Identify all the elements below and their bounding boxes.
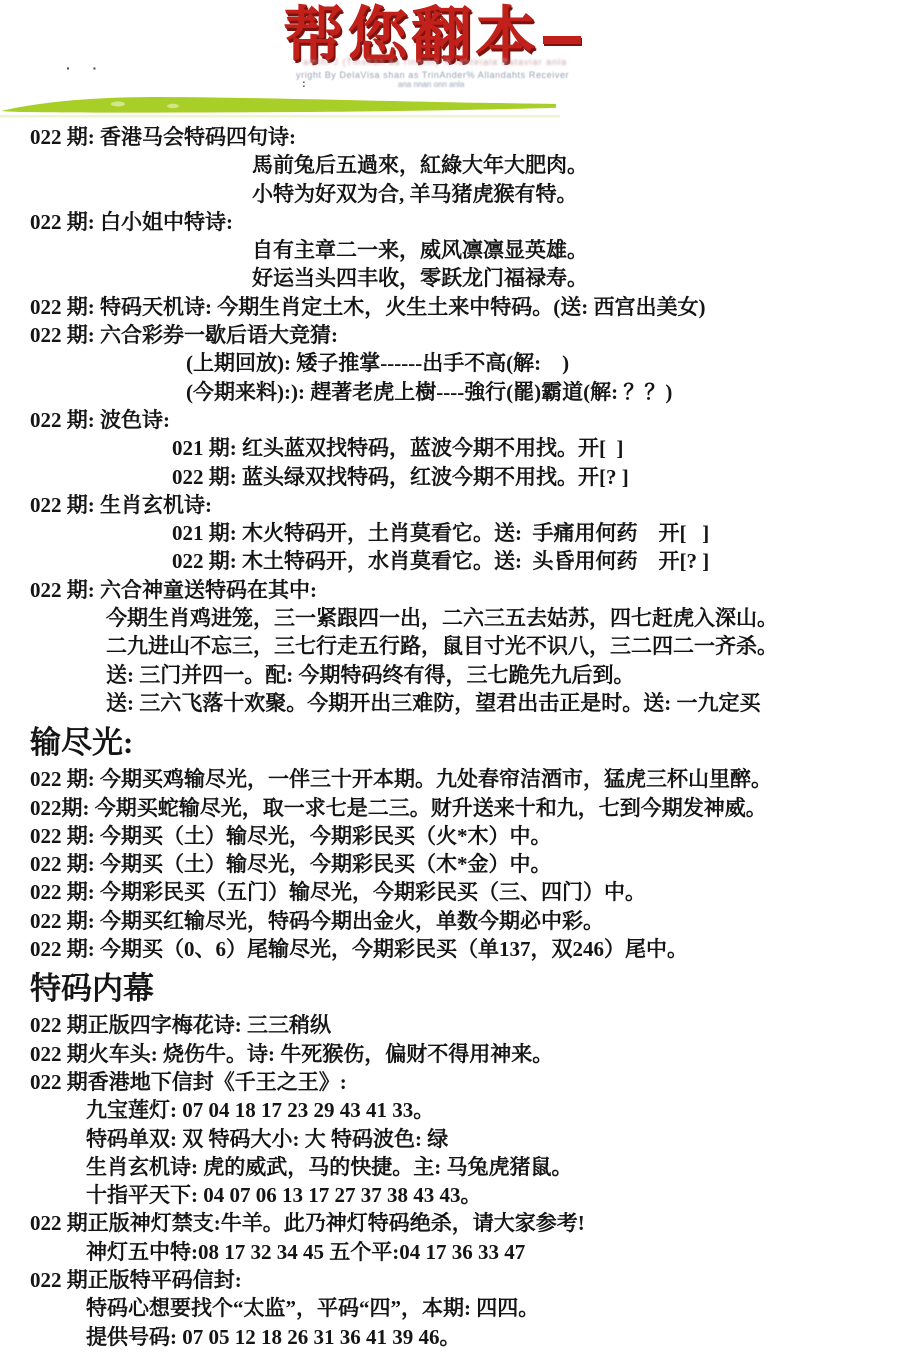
text-line: 十指平天下: 04 07 06 13 17 27 37 38 43 43。 bbox=[0, 1181, 916, 1209]
text-line: 今期生肖鸡进笼，三一紧跟四一出，二六三五去姑苏，四七赶虎入深山。 bbox=[0, 604, 916, 632]
text-line: 特码单双: 双 特码大小: 大 特码波色: 绿 bbox=[0, 1125, 916, 1153]
text-line: 022 期: 特码天机诗: 今期生肖定土木，火生土来中特码。(送: 西宫出美女) bbox=[0, 293, 916, 321]
text-line: 自有主章二一来，威风凛凛显英雄。 bbox=[0, 236, 916, 264]
text-line: 022 期: 白小姐中特诗: bbox=[0, 208, 916, 236]
section-heading: 输尽光: bbox=[0, 723, 916, 763]
corner-dots: · · bbox=[66, 60, 106, 76]
swoosh-leaf-shape bbox=[1, 97, 556, 113]
text-line: 022 期: 生肖玄机诗: bbox=[0, 491, 916, 519]
text-line: 022 期: 木土特码开，水肖莫看它。送: 头昏用何药 开[? ] bbox=[0, 547, 916, 575]
text-line: 送: 三门并四一。配: 今期特码终有得，三七跪先九后到。 bbox=[0, 661, 916, 689]
text-line: 神灯五中特:08 17 32 34 45 五个平:04 17 36 33 47 bbox=[0, 1238, 916, 1266]
swoosh-highlight-dot-2 bbox=[167, 104, 179, 108]
text-line: 022 期正版特平码信封: bbox=[0, 1266, 916, 1294]
text-line: 022 期: 六合神童送特码在其中: bbox=[0, 576, 916, 604]
lottery-tip-sheet-page: { "colors": { "title_red": "#c2201a", "t… bbox=[0, 0, 916, 1360]
section-heading: 特码内幕 bbox=[0, 969, 916, 1009]
text-line: 特码心想要找个“太监”，平码“四”，本期: 四四。 bbox=[0, 1294, 916, 1322]
text-line: 021 期: 木火特码开，土肖莫看它。送: 手痛用何药 开[ ] bbox=[0, 519, 916, 547]
page-title: 帮您翻本 bbox=[283, 2, 581, 72]
text-line: 022 期正版四字梅花诗: 三三稍纵 bbox=[0, 1011, 916, 1039]
text-line: 好运当头四丰收，零跃龙门福禄寿。 bbox=[0, 264, 916, 292]
page-header: · · 帮您翻本 amthi J (Tmshan aa rinnthi) % i… bbox=[0, 0, 916, 120]
text-line: 二九进山不忘三，三七行走五行路，鼠目寸光不识八，三二四二一齐杀。 bbox=[0, 632, 916, 660]
text-line: 022 期火车头: 烧伤牛。诗: 牛死猴伤，偏财不得用神来。 bbox=[0, 1040, 916, 1068]
text-line: 小特为好双为合, 羊马猪虎猴有特。 bbox=[0, 180, 916, 208]
tip-sheet-body: 022 期: 香港马会特码四句诗:馬前兔后五過來，紅綠大年大肥肉。小特为好双为合… bbox=[0, 120, 916, 1351]
text-line: 022 期香港地下信封《千王之王》: bbox=[0, 1068, 916, 1096]
text-line: 022 期: 六合彩券一歇后语大竞猜: bbox=[0, 321, 916, 349]
text-line: 022 期: 今期买（0、6）尾输尽光，今期彩民买（单137，双246）尾中。 bbox=[0, 935, 916, 963]
text-line: 022 期: 蓝头绿双找特码，红波今期不用找。开[? ] bbox=[0, 463, 916, 491]
text-line: 022 期: 今期彩民买（五门）输尽光，今期彩民买（三、四门）中。 bbox=[0, 878, 916, 906]
text-line: 022 期: 今期买（土）输尽光，今期彩民买（木*金）中。 bbox=[0, 850, 916, 878]
text-line: 馬前兔后五過來，紅綠大年大肥肉。 bbox=[0, 151, 916, 179]
text-line: 022期: 今期买蛇输尽光，取一求七是二三。财升送来十和九，七到今期发神威。 bbox=[0, 794, 916, 822]
text-line: 022 期: 今期买鸡输尽光，一伴三十开本期。九处春帘洁酒市，猛虎三杯山里醉。 bbox=[0, 765, 916, 793]
swoosh-highlight-dot-1 bbox=[111, 102, 125, 107]
watermark-line-3: ana nnan onn anla bbox=[398, 80, 464, 89]
text-line: 送: 三六飞落十欢聚。今期开出三难防，望君出击正是时。送: 一九定买 bbox=[0, 689, 916, 717]
text-line: 九宝莲灯: 07 04 18 17 23 29 43 41 33。 bbox=[0, 1096, 916, 1124]
text-line: 022 期: 香港马会特码四句诗: bbox=[0, 123, 916, 151]
text-line: (今期来料):): 趕著老虎上樹----強行(罷)霸道(解: ？？) bbox=[0, 378, 916, 406]
title-dash-stroke bbox=[543, 36, 581, 44]
text-line: 022 期: 今期买（土）输尽光，今期彩民买（火*木）中。 bbox=[0, 822, 916, 850]
text-line: 022 期正版神灯禁支:牛羊。此乃神灯特码绝杀，请大家参考! bbox=[0, 1209, 916, 1237]
text-line: 021 期: 红头蓝双找特码，蓝波今期不用找。开[ ] bbox=[0, 434, 916, 462]
swoosh-underline bbox=[0, 115, 560, 118]
text-line: 提供号码: 07 05 12 18 26 31 36 41 39 46。 bbox=[0, 1323, 916, 1351]
small-colon-mark: : bbox=[302, 78, 306, 90]
text-line: 022 期: 今期买红输尽光，特码今期出金火，单数今期必中彩。 bbox=[0, 907, 916, 935]
green-swoosh-divider bbox=[0, 94, 560, 120]
text-line: 生肖玄机诗: 虎的威武，马的快捷。主: 马兔虎猪鼠。 bbox=[0, 1153, 916, 1181]
text-line: 022 期: 波色诗: bbox=[0, 406, 916, 434]
text-line: (上期回放): 矮子推掌------出手不高(解: ) bbox=[0, 349, 916, 377]
page-title-text: 帮您翻本 bbox=[283, 3, 539, 70]
